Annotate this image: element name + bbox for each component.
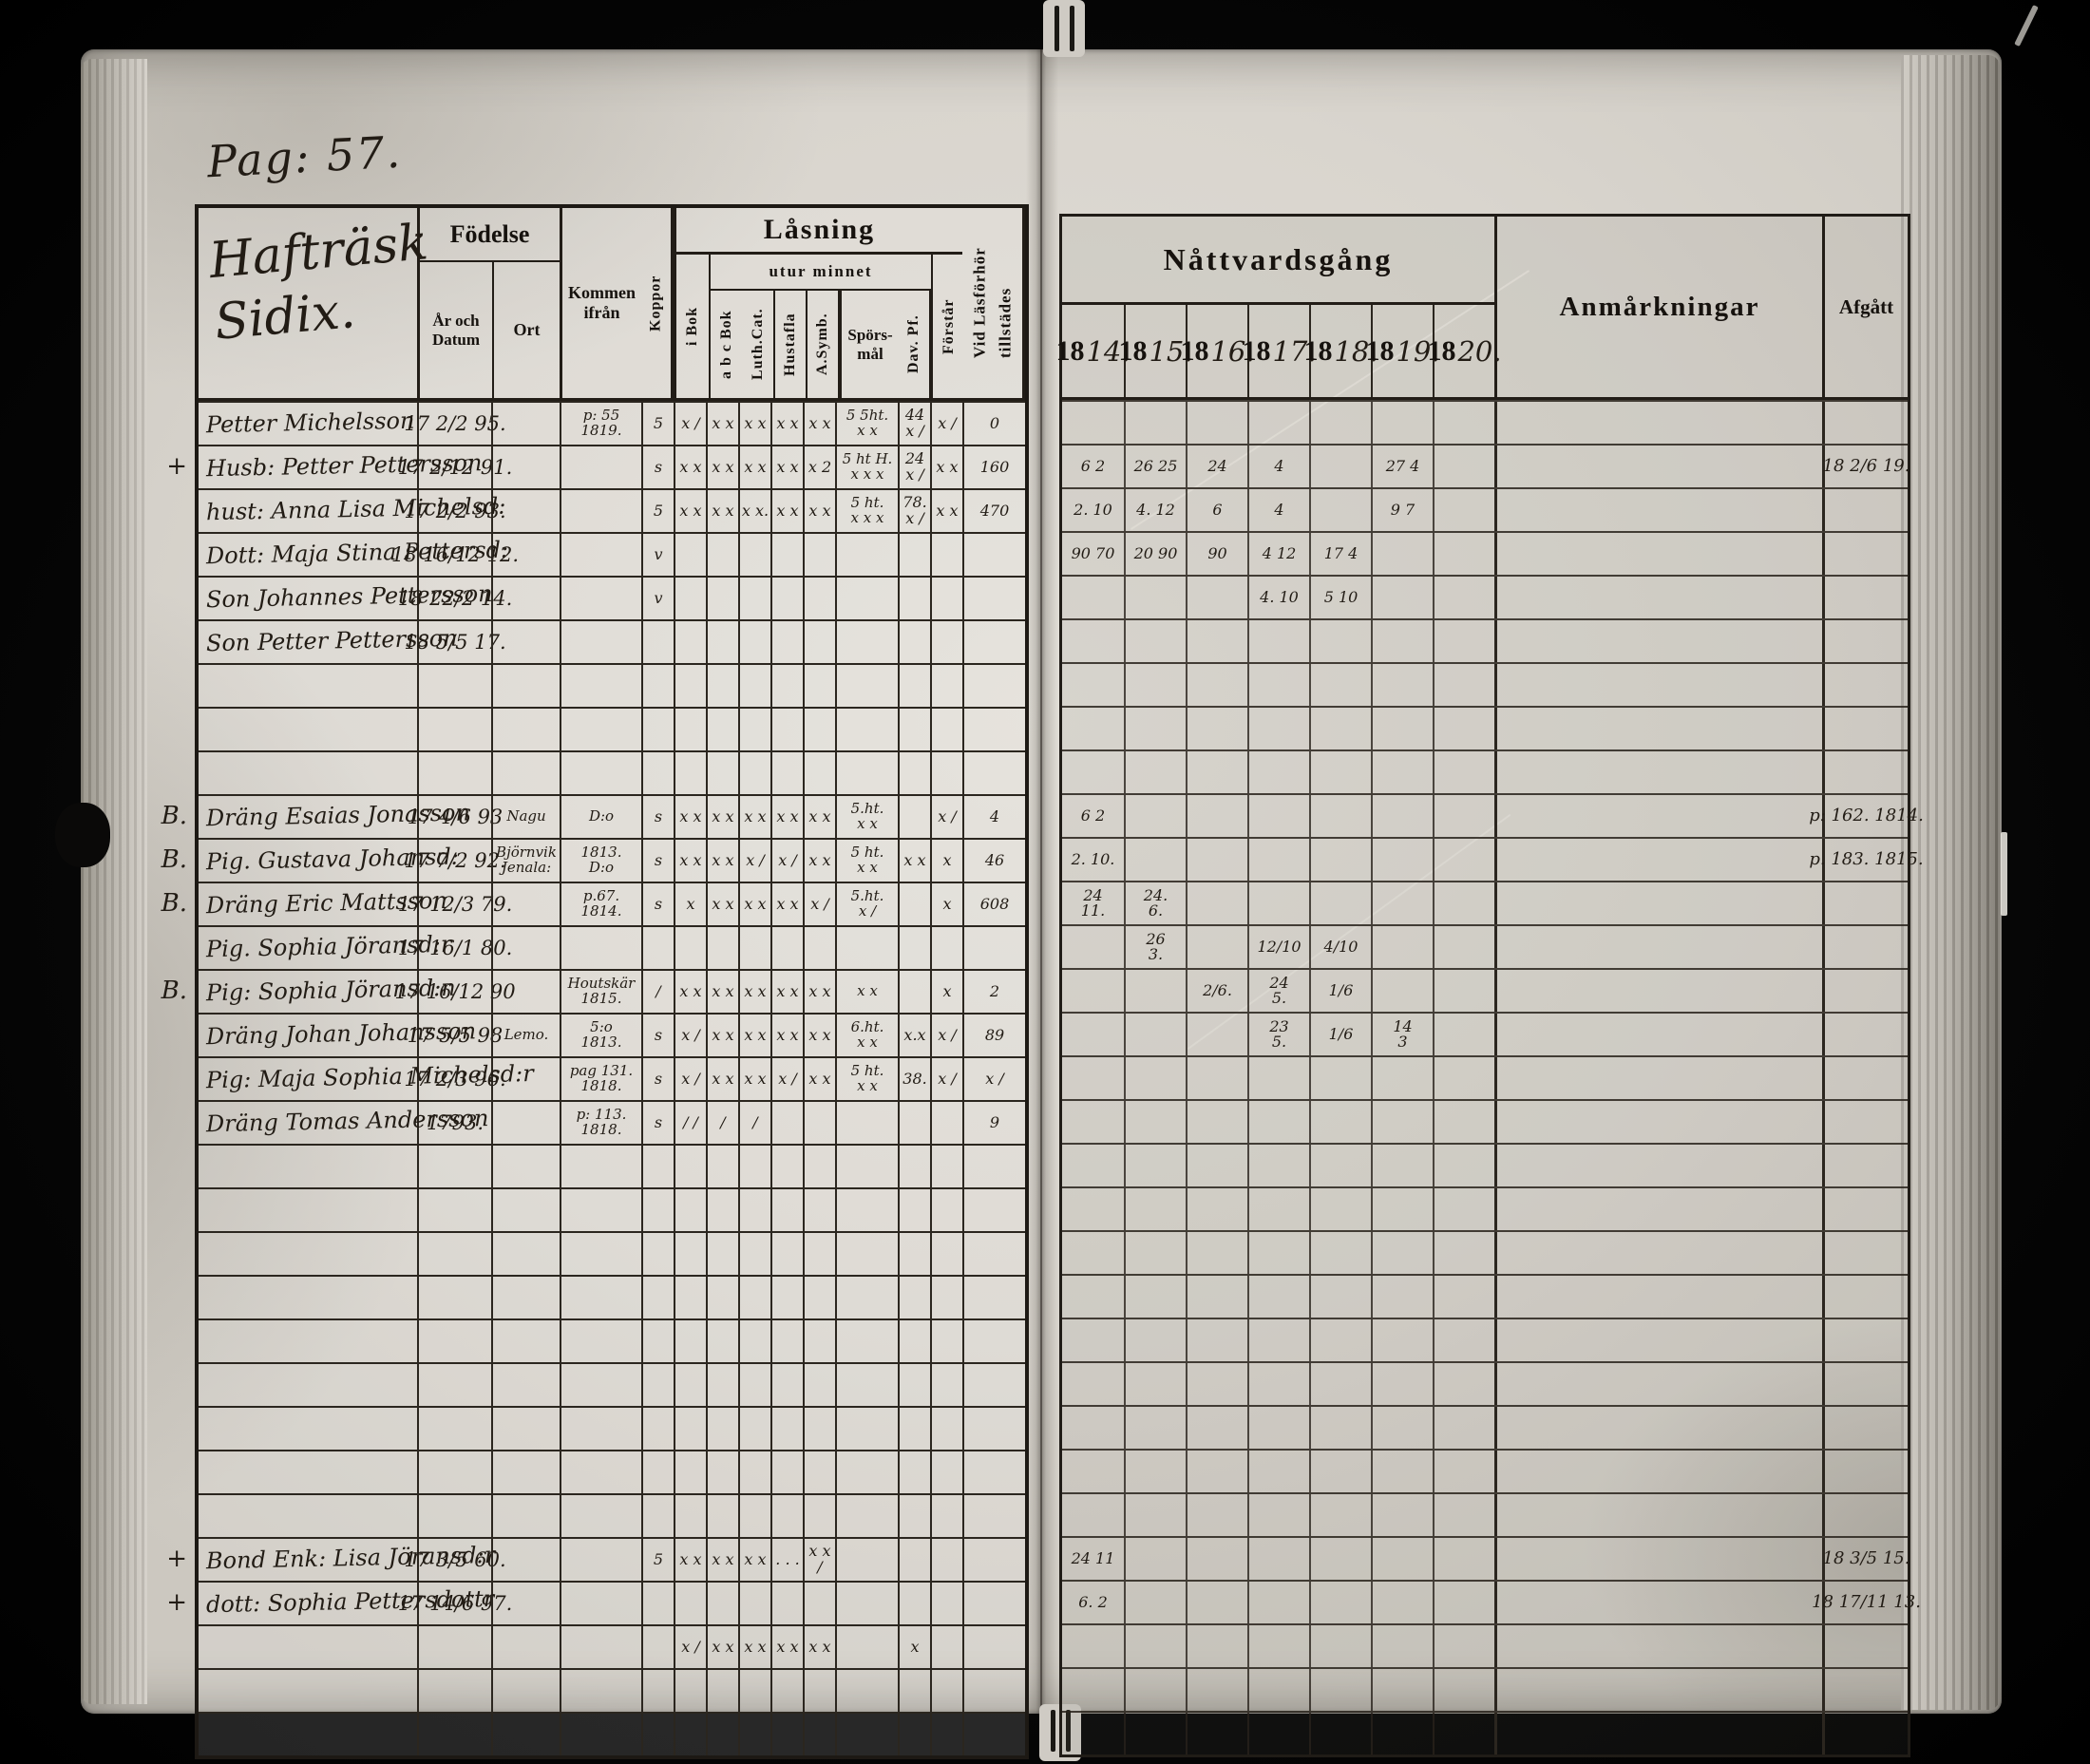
cell-1818 [1309, 1145, 1371, 1186]
cell-1815 [1124, 708, 1186, 749]
cell-i-bok [674, 1364, 706, 1406]
cell-1817 [1247, 1319, 1309, 1361]
cell-abc-bok: x x [706, 1058, 738, 1100]
cell-vid-lasforhor [962, 1495, 1025, 1537]
cell-dav-pf [898, 1714, 930, 1755]
margin-mark [143, 1714, 193, 1755]
cell-forstar [930, 578, 962, 619]
cell-abc-bok: x x [706, 796, 738, 838]
cell-i-bok [674, 927, 706, 969]
cell-forstar: x [930, 840, 962, 882]
cell-dav-pf: 44 x / [898, 403, 930, 445]
cell-dav-pf [898, 1495, 930, 1537]
cell-dav-pf [898, 883, 930, 925]
cell-birth-place: Björnvik Jenala: [491, 840, 560, 882]
cell-1814 [1062, 1713, 1124, 1755]
cell-vid-lasforhor: x / [962, 1058, 1025, 1100]
cell-kommen-ifran [560, 1233, 641, 1275]
cell-1816 [1186, 1188, 1247, 1230]
record-row-right [1062, 1623, 1908, 1667]
cell-luth-cat [738, 1714, 770, 1755]
margin-mark [143, 665, 193, 707]
cell-hustafla [770, 752, 803, 794]
cell-sporsmal [835, 1539, 898, 1581]
column-group-years: Nåttvardsgång 1814. 1815. 1816. 1817. 18… [1062, 217, 1494, 397]
margin-mark: B. [143, 796, 193, 838]
column-header-luth-cat: Luth.Cat. [743, 291, 775, 398]
cell-1817 [1247, 1451, 1309, 1492]
cell-1820 [1433, 1625, 1494, 1667]
record-row-right [1062, 1055, 1908, 1099]
cell-luth-cat: x x [738, 1058, 770, 1100]
cell-1819 [1371, 1669, 1433, 1711]
cell-dav-pf [898, 752, 930, 794]
cell-sporsmal [835, 1626, 898, 1668]
cell-1815 [1124, 1538, 1186, 1580]
margin-mark [143, 1320, 193, 1362]
cell-1817 [1247, 839, 1309, 881]
cell-anmarkningar [1494, 1101, 1822, 1143]
cell-luth-cat: x / [738, 840, 770, 882]
record-row-right [1062, 1318, 1908, 1361]
cell-dav-pf [898, 1408, 930, 1450]
cell-sporsmal [835, 534, 898, 576]
cell-1818 [1309, 1669, 1371, 1711]
column-header-nattvardsgang: Nåttvardsgång [1062, 217, 1494, 305]
cell-abc-bok: x x [706, 840, 738, 882]
cell-1818 [1309, 489, 1371, 531]
cell-anmarkningar [1494, 1057, 1822, 1099]
cell-kommen-ifran [560, 1714, 641, 1755]
cell-1815 [1124, 1494, 1186, 1536]
cell-i-bok [674, 578, 706, 619]
cell-vid-lasforhor [962, 1451, 1025, 1493]
cell-1814 [1062, 970, 1124, 1012]
cell-i-bok: x x [674, 840, 706, 882]
cell-luth-cat [738, 752, 770, 794]
cell-1817 [1247, 1538, 1309, 1580]
cell-afgatt [1822, 751, 1908, 793]
cell-1814: 2. 10 [1062, 489, 1124, 531]
cell-1820 [1433, 1407, 1494, 1449]
cell-birth-place [491, 1583, 560, 1624]
cell-a-symb [803, 1670, 835, 1712]
cell-anmarkningar [1494, 664, 1822, 706]
year-header-1819: 1819. [1371, 305, 1433, 397]
cell-1815 [1124, 1625, 1186, 1667]
cell-vid-lasforhor [962, 1277, 1025, 1318]
cell-forstar [930, 1539, 962, 1581]
cell-kommen-ifran [560, 1364, 641, 1406]
cell-1818 [1309, 1538, 1371, 1580]
clip-shadow-left [55, 803, 110, 867]
cell-koppor: s [641, 883, 674, 925]
cell-1818 [1309, 1494, 1371, 1536]
record-row-left: Petter Michelsson 17 2/2 95. p: 55 1819.… [199, 401, 1025, 445]
cell-forstar: x / [930, 403, 962, 445]
cell-hustafla [770, 578, 803, 619]
cell-sporsmal [835, 1583, 898, 1624]
record-row-right [1062, 1667, 1908, 1711]
record-row-right [1062, 1405, 1908, 1449]
cell-1819 [1371, 664, 1433, 706]
cell-hustafla [770, 621, 803, 663]
cell-1820 [1433, 446, 1494, 487]
cell-hustafla: x x [770, 1626, 803, 1668]
cell-luth-cat [738, 1451, 770, 1493]
column-header-anmarkningar: Anmårkningar [1494, 217, 1822, 397]
cell-sporsmal: 5.ht. x / [835, 883, 898, 925]
year-header-1814: 1814. [1062, 305, 1124, 397]
cell-sporsmal: x x [835, 971, 898, 1013]
cell-1816 [1186, 1101, 1247, 1143]
cell-vid-lasforhor [962, 752, 1025, 794]
cell-1818 [1309, 708, 1371, 749]
cell-1816 [1186, 1582, 1247, 1623]
cell-birth-date [417, 1320, 491, 1362]
cell-1820 [1433, 1188, 1494, 1230]
cell-birth-date [417, 1146, 491, 1187]
cell-1814: 6 2 [1062, 795, 1124, 837]
cell-1820 [1433, 1494, 1494, 1536]
cell-a-symb: x 2 [803, 446, 835, 488]
cell-1816 [1186, 1232, 1247, 1274]
place-name-cell: Hafträsk Sidix. [199, 208, 417, 398]
cell-afgatt [1822, 1363, 1908, 1405]
cell-1818 [1309, 1319, 1371, 1361]
cell-vid-lasforhor: 9 [962, 1102, 1025, 1144]
year-print: 18 [1427, 335, 1455, 368]
cell-dav-pf [898, 1233, 930, 1275]
cell-1819 [1371, 402, 1433, 444]
cell-1816: 6 [1186, 489, 1247, 531]
cell-afgatt [1822, 1276, 1908, 1318]
cell-anmarkningar [1494, 1188, 1822, 1230]
cell-abc-bok [706, 1451, 738, 1493]
cell-afgatt [1822, 402, 1908, 444]
record-row-left: + Husb: Petter Pettersson 17 2/12 91. s … [199, 445, 1025, 488]
cell-1816: 24 [1186, 446, 1247, 487]
cell-kommen-ifran [560, 1670, 641, 1712]
cell-1818: 4/10 [1309, 926, 1371, 968]
cell-vid-lasforhor: 470 [962, 490, 1025, 532]
column-header-dav-pf: Dav. Pf. [899, 291, 931, 398]
record-row-left [199, 1450, 1025, 1493]
cell-i-bok [674, 1670, 706, 1712]
cell-kommen-ifran [560, 1320, 641, 1362]
cell-1818 [1309, 1582, 1371, 1623]
cell-sporsmal [835, 1408, 898, 1450]
cell-a-symb [803, 1583, 835, 1624]
cell-1817 [1247, 1625, 1309, 1667]
cell-1817 [1247, 1713, 1309, 1755]
cell-a-symb: x x [803, 1058, 835, 1100]
cell-1818: 5 10 [1309, 577, 1371, 618]
cell-1818 [1309, 446, 1371, 487]
record-row-left [199, 1318, 1025, 1362]
cell-luth-cat: x x [738, 796, 770, 838]
cell-1816 [1186, 708, 1247, 749]
cell-1820 [1433, 1145, 1494, 1186]
cell-a-symb [803, 1495, 835, 1537]
cell-1820 [1433, 1363, 1494, 1405]
cell-birth-place [491, 1714, 560, 1755]
cell-1815 [1124, 1232, 1186, 1274]
cell-forstar: x x [930, 490, 962, 532]
cell-luth-cat [738, 1277, 770, 1318]
cell-koppor [641, 1451, 674, 1493]
cell-anmarkningar [1494, 795, 1822, 837]
cell-name: Pig. Gustava Johansd: [199, 838, 418, 884]
scratch-right-band [2001, 832, 2007, 916]
left-table-header: Hafträsk Sidix. Födelse År och Datum Ort… [199, 208, 1025, 401]
cell-dav-pf [898, 709, 930, 750]
cell-koppor [641, 1146, 674, 1187]
cell-sporsmal [835, 927, 898, 969]
cell-a-symb [803, 1102, 835, 1144]
cell-i-bok [674, 1189, 706, 1231]
cell-vid-lasforhor [962, 1320, 1025, 1362]
cell-hustafla [770, 1277, 803, 1318]
cell-kommen-ifran [560, 621, 641, 663]
cell-1819 [1371, 577, 1433, 618]
cell-hustafla: x x [770, 403, 803, 445]
cell-1814 [1062, 1232, 1124, 1274]
cell-sporsmal [835, 1495, 898, 1537]
cell-afgatt [1822, 1232, 1908, 1274]
cell-anmarkningar [1494, 402, 1822, 444]
cell-a-symb [803, 1277, 835, 1318]
cell-birth-date [417, 1451, 491, 1493]
record-row-left: Dott: Maja Stina Pettersd: 18 16/12 12. … [199, 532, 1025, 576]
cell-name: Pig: Sophia Jöransd:n [199, 969, 418, 1015]
cell-hustafla [770, 1102, 803, 1144]
cell-abc-bok [706, 709, 738, 750]
column-group-utur-minnet: utur minnet a b c Bok Luth.Cat. Hustafla… [709, 255, 933, 398]
cell-sporsmal: 5 ht. x x [835, 1058, 898, 1100]
cell-abc-bok [706, 1189, 738, 1231]
cell-name [199, 1493, 418, 1540]
cell-1817 [1247, 751, 1309, 793]
cell-kommen-ifran [560, 665, 641, 707]
cell-1815 [1124, 1582, 1186, 1623]
cell-abc-bok: x x [706, 1626, 738, 1668]
binding-mark-bottom-1 [1051, 1710, 1055, 1752]
cell-abc-bok: x x [706, 490, 738, 532]
cell-name: dott: Sophia Pettersdottr [199, 1581, 418, 1627]
cell-birth-place [491, 446, 560, 488]
cell-1815 [1124, 1669, 1186, 1711]
cell-birth-place [491, 621, 560, 663]
cell-dav-pf: 38. [898, 1058, 930, 1100]
cell-1815 [1124, 839, 1186, 881]
cell-abc-bok [706, 1408, 738, 1450]
cell-a-symb: x x [803, 490, 835, 532]
cell-anmarkningar [1494, 1014, 1822, 1055]
cell-hustafla [770, 709, 803, 750]
cell-kommen-ifran [560, 534, 641, 576]
cell-birth-date [417, 1364, 491, 1406]
place-name: Hafträsk Sidix. [207, 212, 436, 354]
cell-name: Husb: Petter Pettersson [199, 445, 418, 491]
cell-1818 [1309, 1451, 1371, 1492]
record-row-right: 23 5. 1/6 14 3 [1062, 1012, 1908, 1055]
cell-1819 [1371, 1101, 1433, 1143]
cell-kommen-ifran [560, 1146, 641, 1187]
cell-vid-lasforhor: 0 [962, 403, 1025, 445]
cell-koppor: s [641, 796, 674, 838]
record-row-left [199, 663, 1025, 707]
cell-vid-lasforhor [962, 1539, 1025, 1581]
cell-sporsmal [835, 752, 898, 794]
cell-birth-date [417, 1277, 491, 1318]
record-row-right: 26 3. 12/10 4/10 [1062, 924, 1908, 968]
cell-abc-bok: x x [706, 446, 738, 488]
year-print: 18 [1303, 335, 1332, 368]
margin-mark [143, 709, 193, 750]
cell-abc-bok [706, 1670, 738, 1712]
cell-forstar: x / [930, 1015, 962, 1056]
cell-1814: 90 70 [1062, 533, 1124, 575]
cell-1817: 24 5. [1247, 970, 1309, 1012]
cell-1816 [1186, 1625, 1247, 1667]
margin-mark: B. [143, 971, 193, 1013]
cell-1819 [1371, 1232, 1433, 1274]
cell-afgatt: 18 2/6 19. [1822, 446, 1908, 487]
column-group-lasning: Låsning i Bok utur minnet a b c Bok Luth… [674, 208, 962, 398]
cell-i-bok: x / [674, 1015, 706, 1056]
cell-a-symb [803, 1189, 835, 1231]
cell-hustafla [770, 665, 803, 707]
cell-birth-place [491, 1451, 560, 1493]
cell-luth-cat: x x [738, 446, 770, 488]
cell-forstar [930, 1670, 962, 1712]
cell-anmarkningar [1494, 970, 1822, 1012]
cell-a-symb [803, 1364, 835, 1406]
cell-i-bok: / / [674, 1102, 706, 1144]
cell-1817 [1247, 402, 1309, 444]
cell-abc-bok [706, 1146, 738, 1187]
cell-vid-lasforhor: 2 [962, 971, 1025, 1013]
cell-1816 [1186, 1538, 1247, 1580]
record-row-right [1062, 1274, 1908, 1318]
record-row-right: 6. 2 18 17/11 13. [1062, 1580, 1908, 1623]
cell-1815: 20 90 [1124, 533, 1186, 575]
cell-1819 [1371, 926, 1433, 968]
cell-sporsmal [835, 1189, 898, 1231]
record-row-left: B. Pig: Sophia Jöransd:n 17 16/12 90 Hou… [199, 969, 1025, 1013]
cell-1818 [1309, 1625, 1371, 1667]
cell-hustafla [770, 1189, 803, 1231]
cell-i-bok [674, 621, 706, 663]
cell-hustafla [770, 1146, 803, 1187]
record-row-right [1062, 706, 1908, 749]
cell-dav-pf: x x [898, 840, 930, 882]
cell-forstar [930, 1408, 962, 1450]
cell-sporsmal [835, 1102, 898, 1144]
cell-afgatt: p. 183. 1815. [1822, 839, 1908, 881]
cell-1815 [1124, 795, 1186, 837]
record-row-left [199, 1362, 1025, 1406]
margin-mark: B. [143, 883, 193, 925]
cell-sporsmal [835, 1146, 898, 1187]
cell-1820 [1433, 1451, 1494, 1492]
cell-abc-bok [706, 1364, 738, 1406]
cell-anmarkningar [1494, 839, 1822, 881]
cell-1817 [1247, 1188, 1309, 1230]
cell-1816 [1186, 1276, 1247, 1318]
cell-hustafla [770, 1233, 803, 1275]
cell-luth-cat [738, 1670, 770, 1712]
cell-1817 [1247, 708, 1309, 749]
cell-sporsmal: 6.ht. x x [835, 1015, 898, 1056]
cell-i-bok [674, 665, 706, 707]
cell-i-bok: x x [674, 1539, 706, 1581]
cell-name [199, 707, 418, 753]
cell-1814 [1062, 1319, 1124, 1361]
record-row-right: 24 11. 24. 6. [1062, 881, 1908, 924]
margin-mark [143, 1495, 193, 1537]
cell-vid-lasforhor [962, 1670, 1025, 1712]
cell-afgatt: p: 162. 1814. [1822, 795, 1908, 837]
record-row-left: B. Dräng Eric Mattsson 17 12/3 79. p.67.… [199, 882, 1025, 925]
cell-1820 [1433, 1276, 1494, 1318]
record-row-left: Pig. Sophia Jöransd:r 17 16/1 80. [199, 925, 1025, 969]
cell-1817 [1247, 1232, 1309, 1274]
cell-name [199, 1275, 418, 1321]
cell-1816 [1186, 926, 1247, 968]
cell-i-bok [674, 1495, 706, 1537]
record-row-left: Pig: Maja Sophia Michelsd:r 17 2/3 96. p… [199, 1056, 1025, 1100]
cell-name [199, 1231, 418, 1278]
page-number: Pag: 57. [206, 126, 404, 188]
cell-forstar [930, 1626, 962, 1668]
cell-1817 [1247, 795, 1309, 837]
cell-1817 [1247, 1363, 1309, 1405]
margin-mark: + [143, 1583, 193, 1624]
cell-dav-pf [898, 927, 930, 969]
cell-vid-lasforhor: 46 [962, 840, 1025, 882]
cell-abc-bok [706, 927, 738, 969]
cell-anmarkningar [1494, 1713, 1822, 1755]
cell-forstar [930, 709, 962, 750]
cell-1816 [1186, 1407, 1247, 1449]
cell-1816 [1186, 1319, 1247, 1361]
cell-birth-place [491, 1364, 560, 1406]
cell-abc-bok [706, 1714, 738, 1755]
cell-1817 [1247, 1101, 1309, 1143]
record-row-right [1062, 1230, 1908, 1274]
record-row-right [1062, 1143, 1908, 1186]
cell-1815 [1124, 1407, 1186, 1449]
cell-1817 [1247, 882, 1309, 924]
record-row-left [199, 1493, 1025, 1537]
record-row-left: B. Dräng Esaias Jonasson 17 4/6 93 Nagu … [199, 794, 1025, 838]
cell-a-symb: x x [803, 1015, 835, 1056]
cell-koppor [641, 1364, 674, 1406]
cell-1818 [1309, 751, 1371, 793]
cell-koppor [641, 1626, 674, 1668]
cell-sporsmal [835, 1670, 898, 1712]
cell-1814 [1062, 751, 1124, 793]
cell-kommen-ifran [560, 490, 641, 532]
cell-1818 [1309, 839, 1371, 881]
cell-abc-bok: x x [706, 1539, 738, 1581]
cell-1819 [1371, 1625, 1433, 1667]
cell-forstar: x / [930, 796, 962, 838]
cell-afgatt [1822, 664, 1908, 706]
cell-i-bok: x x [674, 490, 706, 532]
